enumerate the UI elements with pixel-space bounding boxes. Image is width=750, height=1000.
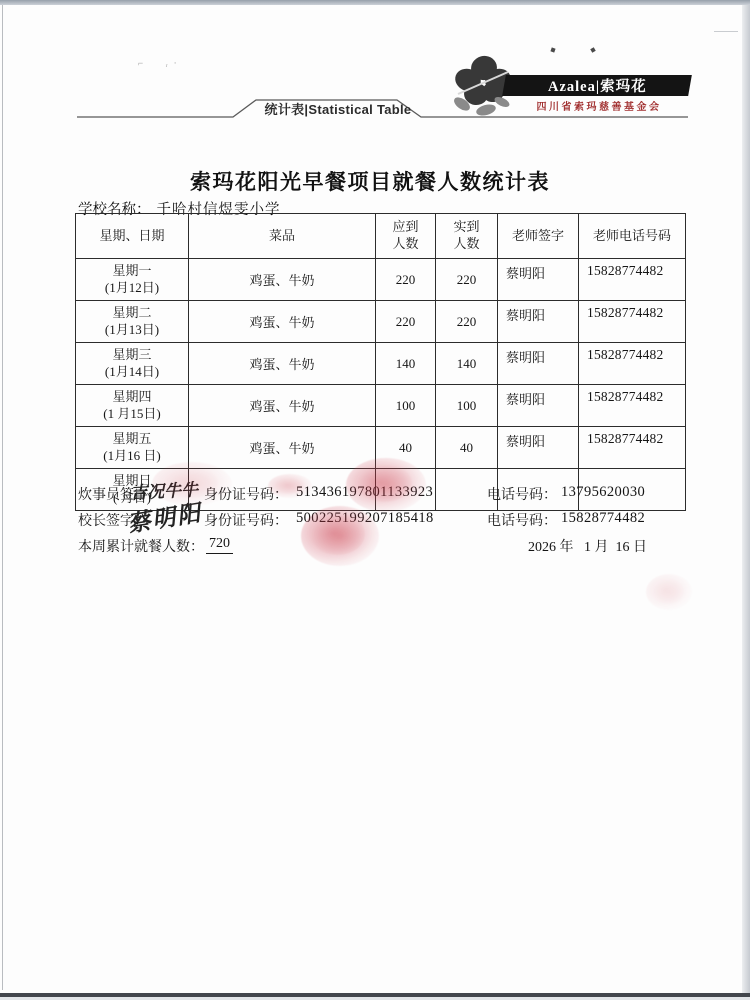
expected-cell: 140 <box>376 343 436 385</box>
teacher-cell: 蔡明阳 <box>498 301 579 343</box>
header-teacher-phone: 老师电话号码 <box>579 214 686 259</box>
menu-cell: 鸡蛋、牛奶 <box>189 343 376 385</box>
table-row: 星期三(1月14日) 鸡蛋、牛奶 140 140 蔡明阳 15828774482 <box>76 343 686 385</box>
expected-cell: 40 <box>376 427 436 469</box>
actual-cell: 100 <box>436 385 498 427</box>
table-row: 星期五(1月16 日) 鸡蛋、牛奶 40 40 蔡明阳 15828774482 <box>76 427 686 469</box>
menu-cell: 鸡蛋、牛奶 <box>189 427 376 469</box>
principal-phone-number: 15828774482 <box>561 510 645 527</box>
table-row: 星期二(1月13日) 鸡蛋、牛奶 220 220 蔡明阳 15828774482 <box>76 301 686 343</box>
header-menu: 菜品 <box>189 214 376 259</box>
expected-cell: 220 <box>376 259 436 301</box>
day-cell: 星期三(1月14日) <box>76 343 189 385</box>
actual-cell: 40 <box>436 427 498 469</box>
expected-cell: 100 <box>376 385 436 427</box>
foundation-name: 四川省索玛慈善基金会 <box>506 98 692 113</box>
phone-cell: 15828774482 <box>579 301 686 343</box>
table-row: 星期四(1 月15日) 鸡蛋、牛奶 100 100 蔡明阳 1582877448… <box>76 385 686 427</box>
actual-cell: 140 <box>436 343 498 385</box>
report-date: 2026 年 1 月 16 日 <box>528 536 647 556</box>
menu-cell: 鸡蛋、牛奶 <box>189 259 376 301</box>
header-expected: 应到 人数 <box>376 214 436 259</box>
cook-phone-label: 电话号码： <box>487 484 557 504</box>
phone-cell: 15828774482 <box>579 385 686 427</box>
header-actual: 实到 人数 <box>436 214 498 259</box>
day-cell: 星期一(1月12日) <box>76 259 189 301</box>
menu-cell: 鸡蛋、牛奶 <box>189 301 376 343</box>
weekly-total-value: 720 <box>206 536 233 554</box>
pencil-mark: ⌐ ᵣ· <box>138 58 183 68</box>
principal-id-number: 500225199207185418 <box>296 510 434 527</box>
brand-name: Azalea|索玛花 <box>548 75 647 96</box>
teacher-cell: 蔡明阳 <box>498 343 579 385</box>
actual-cell: 220 <box>436 259 498 301</box>
principal-phone-label: 电话号码： <box>487 510 557 530</box>
cook-phone-number: 13795620030 <box>561 484 645 501</box>
header-day-date: 星期、日期 <box>76 214 189 259</box>
phone-cell: 15828774482 <box>579 343 686 385</box>
expected-cell: 220 <box>376 301 436 343</box>
scan-scratch <box>714 31 738 32</box>
day-cell: 星期四(1 月15日) <box>76 385 189 427</box>
menu-cell: 鸡蛋、牛奶 <box>189 385 376 427</box>
table-header-row: 星期、日期 菜品 应到 人数 实到 人数 老师签字 老师电话号码 <box>76 214 686 259</box>
teacher-cell: 蔡明阳 <box>498 259 579 301</box>
principal-id-label: 身份证号码： <box>204 510 288 530</box>
table-row: 星期一(1月12日) 鸡蛋、牛奶 220 220 蔡明阳 15828774482 <box>76 259 686 301</box>
day-cell: 星期五(1月16 日) <box>76 427 189 469</box>
cook-id-label: 身份证号码： <box>204 484 288 504</box>
teacher-cell: 蔡明阳 <box>498 385 579 427</box>
scan-edge-top <box>0 0 750 5</box>
weekly-total-label: 本周累计就餐人数： <box>78 536 204 556</box>
phone-cell: 15828774482 <box>579 259 686 301</box>
banner-label: 统计表|Statistical Table <box>253 99 423 118</box>
scan-edge-right <box>742 5 750 994</box>
cook-id-number: 513436197801133923 <box>296 484 433 501</box>
teacher-cell: 蔡明阳 <box>498 427 579 469</box>
page-title: 索玛花阳光早餐项目就餐人数统计表 <box>0 166 740 196</box>
meal-count-table: 星期、日期 菜品 应到 人数 实到 人数 老师签字 老师电话号码 星期一(1月1… <box>75 213 686 511</box>
fingerprint-stamp <box>646 574 692 610</box>
brand-name-band: Azalea|索玛花 <box>502 75 692 96</box>
day-cell: 星期二(1月13日) <box>76 301 189 343</box>
brand-logo: Azalea|索玛花 四川省索玛慈善基金会 <box>446 48 694 120</box>
header-teacher-signature: 老师签字 <box>498 214 579 259</box>
actual-cell: 220 <box>436 301 498 343</box>
phone-cell: 15828774482 <box>579 427 686 469</box>
scan-edge-left <box>2 5 3 990</box>
